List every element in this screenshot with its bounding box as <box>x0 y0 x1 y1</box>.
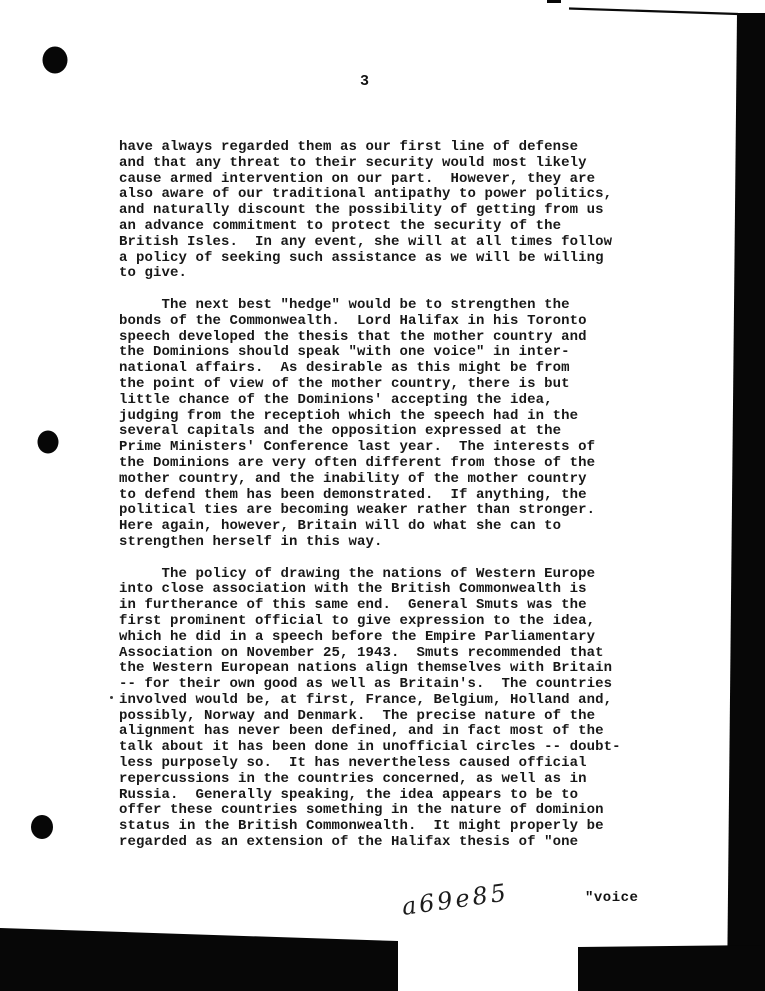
scan-block-bottom-left <box>0 928 398 991</box>
paragraph-1: have always regarded them as our first l… <box>119 140 639 282</box>
handwritten-annotation: a69e85 <box>400 878 510 921</box>
scanned-document-page: 3 have always regarded them as our first… <box>0 0 765 991</box>
scan-mark-top <box>547 0 561 3</box>
paragraph-2: The next best "hedge" would be to streng… <box>119 298 639 551</box>
page-number: 3 <box>360 73 369 90</box>
stray-ink-dot <box>110 696 113 699</box>
document-body-text: have always regarded them as our first l… <box>119 140 639 867</box>
paragraph-3: The policy of drawing the nations of Wes… <box>119 567 639 851</box>
catchword-text: "voice <box>585 890 638 906</box>
hole-punch-dot <box>31 815 53 839</box>
scan-line-top <box>569 9 738 15</box>
hole-punch-dot <box>43 47 68 74</box>
scan-edge-right <box>727 13 765 991</box>
hole-punch-dot <box>38 431 59 454</box>
scan-block-bottom-right <box>578 945 765 991</box>
